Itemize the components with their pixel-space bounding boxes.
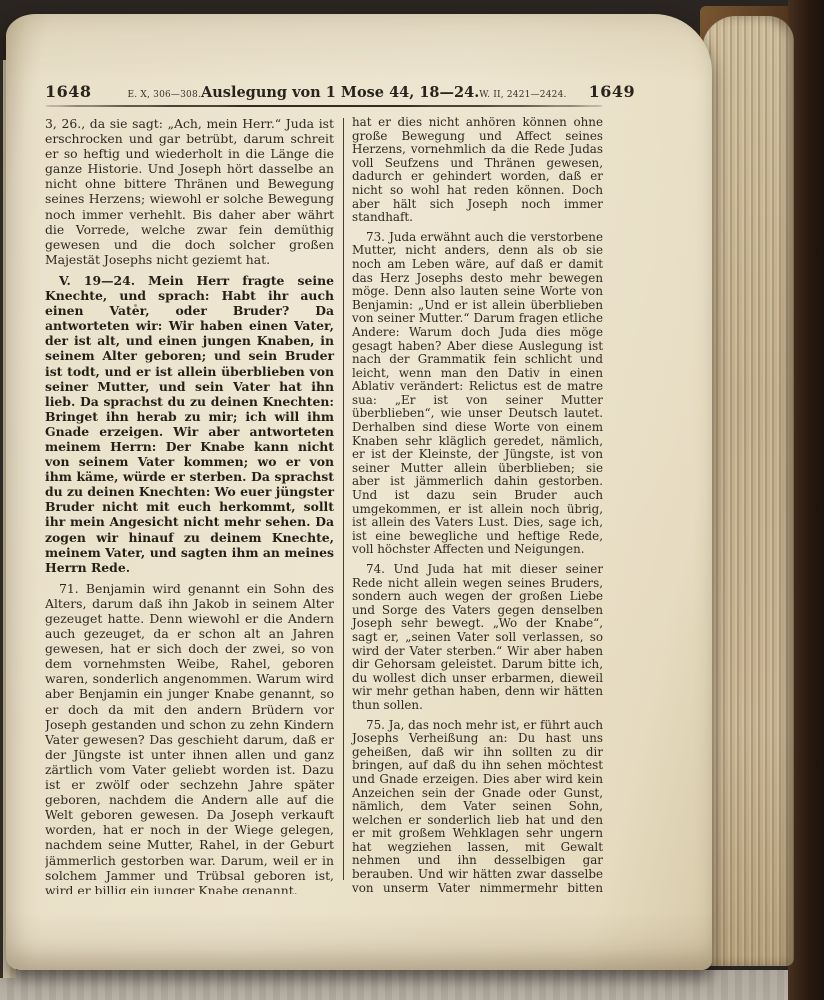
text-columns: 3, 26., da sie sagt: „Ach, mein Herr.“ J… bbox=[45, 116, 603, 894]
header-rule bbox=[45, 105, 603, 107]
page-title: Auslegung von 1 Mose 44, 18—24. bbox=[201, 84, 479, 101]
page-header: 1648 E. X, 306—308. Auslegung von 1 Mose… bbox=[45, 82, 603, 101]
left-column: 3, 26., da sie sagt: „Ach, mein Herr.“ J… bbox=[45, 116, 334, 894]
header-reference-right: W. II, 2421—2424. bbox=[479, 90, 566, 100]
paragraph: 73. Juda erwähnt auch die verstorbene Mu… bbox=[352, 231, 603, 557]
paragraph: 74. Und Juda hat mit dieser seiner Rede … bbox=[352, 563, 603, 713]
paragraph: V. 19—24. Mein Herr fragte seine Knechte… bbox=[45, 273, 334, 575]
table-surface bbox=[0, 970, 824, 1000]
page-number-left: 1648 bbox=[45, 82, 92, 101]
column-divider bbox=[343, 118, 344, 880]
paragraph: hat er dies nicht anhören können ohne gr… bbox=[352, 116, 603, 225]
page-content: 1648 E. X, 306—308. Auslegung von 1 Mose… bbox=[45, 82, 603, 894]
page-number-right: 1649 bbox=[589, 82, 636, 101]
book-photo: 1648 E. X, 306—308. Auslegung von 1 Mose… bbox=[0, 0, 824, 1000]
book-page: 1648 E. X, 306—308. Auslegung von 1 Mose… bbox=[6, 14, 712, 970]
paragraph: 75. Ja, das noch mehr ist, er führt auch… bbox=[352, 719, 603, 894]
paragraph: 3, 26., da sie sagt: „Ach, mein Herr.“ J… bbox=[45, 116, 334, 267]
page-speck bbox=[521, 890, 524, 893]
header-reference-left: E. X, 306—308. bbox=[128, 90, 201, 100]
page-speck bbox=[566, 134, 568, 136]
paragraph: 71. Benjamin wird genannt ein Sohn des A… bbox=[45, 581, 334, 894]
page-fore-edge bbox=[702, 16, 794, 966]
page-speck bbox=[134, 304, 137, 307]
right-column: hat er dies nicht anhören können ohne gr… bbox=[352, 116, 603, 894]
